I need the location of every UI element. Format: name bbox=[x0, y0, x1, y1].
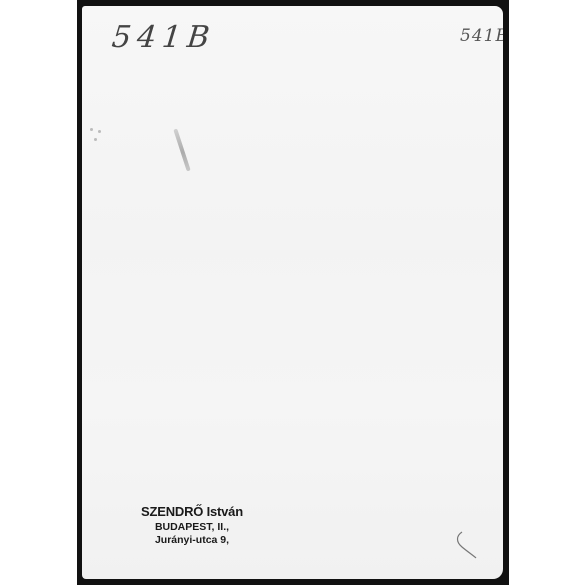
stamp-street: Jurányi-utca 9, bbox=[122, 534, 262, 547]
handwritten-inventory-number: 541B bbox=[110, 20, 217, 55]
stamp-name: SZENDRŐ István bbox=[122, 504, 262, 520]
photo-back-paper: 541B 541B SZENDRŐ István BUDAPEST, II., … bbox=[82, 6, 503, 579]
handwritten-corner-number: 541B bbox=[460, 26, 503, 46]
stamp-city: BUDAPEST, II., bbox=[122, 521, 262, 534]
smudge-marks bbox=[88, 124, 118, 144]
pencil-curve-mark bbox=[454, 530, 480, 560]
photographer-stamp: SZENDRŐ István BUDAPEST, II., Jurányi-ut… bbox=[122, 504, 262, 548]
pencil-mark bbox=[173, 128, 190, 171]
